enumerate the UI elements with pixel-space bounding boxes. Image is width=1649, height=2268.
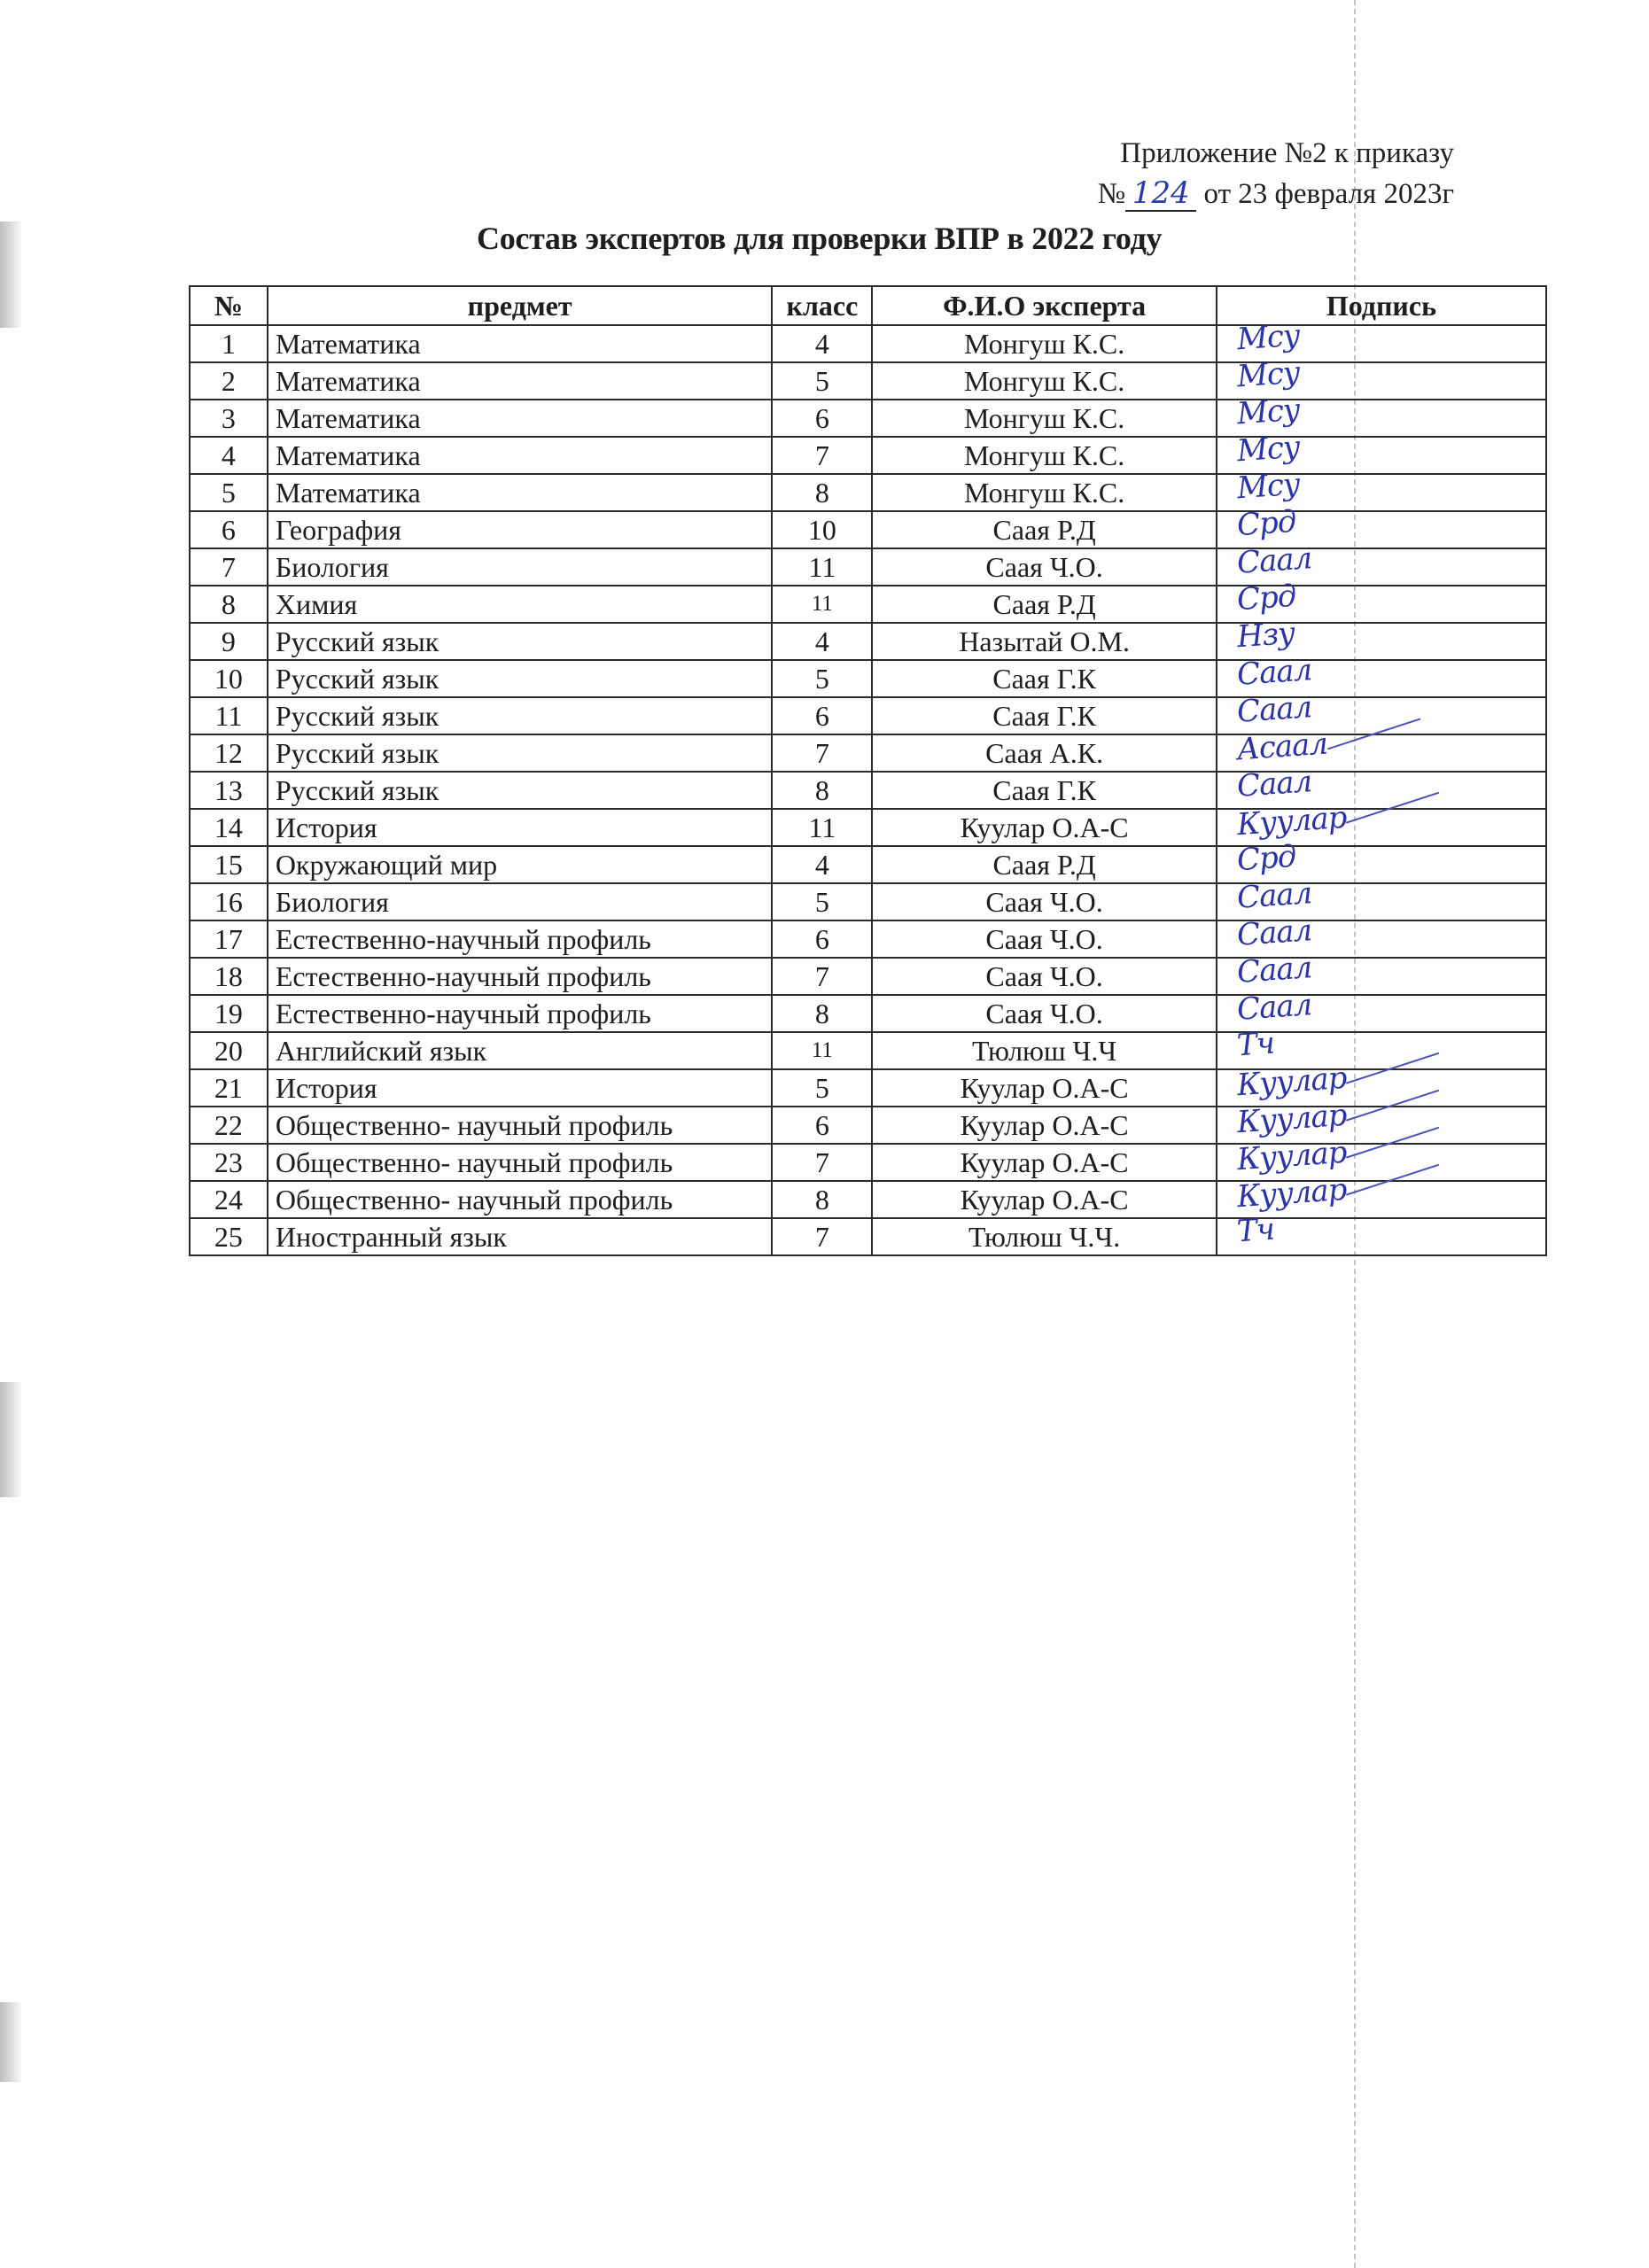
subject-cell: Иностранный язык (268, 1218, 773, 1255)
scan-artifact (0, 221, 23, 328)
expert-name-cell: Монгуш К.С. (872, 362, 1216, 400)
handwritten-signature: Мсу (1236, 356, 1301, 394)
expert-name-cell: Саая Ч.О. (872, 958, 1216, 995)
table-row: 8Химия11Саая Р.ДСрд (190, 586, 1546, 623)
expert-name-cell: Саая Р.Д (872, 586, 1216, 623)
handwritten-signature: Асаал (1236, 726, 1328, 766)
row-number: 11 (190, 697, 268, 734)
document-title: Состав экспертов для проверки ВПР в 2022… (477, 220, 1162, 257)
handwritten-signature: Куулар (1236, 1061, 1348, 1103)
subject-cell: Русский язык (268, 623, 773, 660)
order-prefix: № (1098, 178, 1126, 210)
row-number: 6 (190, 511, 268, 548)
handwritten-signature: Мсу (1236, 468, 1301, 506)
row-number: 8 (190, 586, 268, 623)
signature-cell: Саал (1217, 697, 1546, 734)
expert-name-cell: Саая Г.К (872, 660, 1216, 697)
expert-name-cell: Саая Ч.О. (872, 995, 1216, 1032)
table-row: 6География10Саая Р.ДСрд (190, 511, 1546, 548)
expert-name-cell: Тюлюш Ч.Ч. (872, 1218, 1216, 1255)
handwritten-signature: Тч (1236, 1213, 1275, 1249)
grade-cell: 5 (772, 362, 872, 400)
signature-cell: Саал (1217, 772, 1546, 809)
subject-cell: Математика (268, 400, 773, 437)
row-number: 2 (190, 362, 268, 400)
grade-cell: 6 (772, 697, 872, 734)
handwritten-signature: Тч (1236, 1027, 1275, 1063)
order-line: №124 от 23 февраля 2023г (1098, 174, 1454, 214)
grade-cell: 11 (772, 809, 872, 846)
row-number: 7 (190, 548, 268, 586)
grade-cell: 7 (772, 734, 872, 772)
grade-cell: 4 (772, 623, 872, 660)
row-number: 12 (190, 734, 268, 772)
grade-cell: 7 (772, 1218, 872, 1255)
handwritten-signature: Мсу (1236, 319, 1301, 357)
row-number: 25 (190, 1218, 268, 1255)
table-row: 7Биология11Саая Ч.О.Саал (190, 548, 1546, 586)
expert-name-cell: Монгуш К.С. (872, 474, 1216, 511)
handwritten-signature: Саал (1236, 876, 1313, 915)
order-date: от 23 февраля 2023г (1204, 178, 1454, 210)
expert-name-cell: Саая Г.К (872, 772, 1216, 809)
signature-cell: Тч (1217, 1218, 1546, 1255)
subject-cell: Химия (268, 586, 773, 623)
column-header-expert: Ф.И.О эксперта (872, 286, 1216, 325)
expert-name-cell: Саая А.К. (872, 734, 1216, 772)
row-number: 16 (190, 883, 268, 920)
grade-cell: 8 (772, 772, 872, 809)
subject-cell: Английский язык (268, 1032, 773, 1069)
grade-cell: 11 (772, 548, 872, 586)
handwritten-signature: Срд (1236, 579, 1297, 617)
expert-name-cell: Саая Ч.О. (872, 548, 1216, 586)
signature-cell: Куулар (1217, 1069, 1546, 1107)
row-number: 9 (190, 623, 268, 660)
expert-name-cell: Тюлюш Ч.Ч (872, 1032, 1216, 1069)
grade-cell: 7 (772, 958, 872, 995)
row-number: 20 (190, 1032, 268, 1069)
grade-cell: 8 (772, 995, 872, 1032)
column-header-grade: класс (772, 286, 872, 325)
expert-name-cell: Саая Ч.О. (872, 920, 1216, 958)
grade-cell: 6 (772, 920, 872, 958)
appendix-note: Приложение №2 к приказу №124 от 23 февра… (1098, 133, 1454, 214)
expert-name-cell: Саая Ч.О. (872, 883, 1216, 920)
subject-cell: История (268, 809, 773, 846)
scan-artifact (0, 1382, 23, 1497)
expert-name-cell: Саая Р.Д (872, 846, 1216, 883)
subject-cell: Математика (268, 474, 773, 511)
subject-cell: Русский язык (268, 772, 773, 809)
row-number: 1 (190, 325, 268, 362)
table-row: 2Математика5Монгуш К.С.Мсу (190, 362, 1546, 400)
row-number: 10 (190, 660, 268, 697)
subject-cell: История (268, 1069, 773, 1107)
scan-artifact (0, 2002, 23, 2082)
row-number: 23 (190, 1144, 268, 1181)
handwritten-signature: Саал (1236, 913, 1313, 952)
handwritten-signature: Куулар (1236, 1099, 1348, 1140)
table-row: 15Окружающий мир4Саая Р.ДСрд (190, 846, 1546, 883)
row-number: 5 (190, 474, 268, 511)
expert-name-cell: Назытай О.М. (872, 623, 1216, 660)
table-row: 14История11Куулар О.А-СКуулар (190, 809, 1546, 846)
handwritten-signature: Мсу (1236, 393, 1301, 431)
handwritten-signature: Саал (1236, 690, 1313, 729)
grade-cell: 11 (772, 586, 872, 623)
table-row: 4Математика7Монгуш К.С.Мсу (190, 437, 1546, 474)
appendix-line: Приложение №2 к приказу (1098, 133, 1454, 174)
row-number: 18 (190, 958, 268, 995)
expert-name-cell: Куулар О.А-С (872, 809, 1216, 846)
handwritten-signature: Мсу (1236, 431, 1301, 469)
table-row: 1Математика4Монгуш К.С.Мсу (190, 325, 1546, 362)
table-row: 12Русский язык7Саая А.К.Асаал (190, 734, 1546, 772)
expert-name-cell: Монгуш К.С. (872, 437, 1216, 474)
subject-cell: Математика (268, 362, 773, 400)
signature-cell: Куулар (1217, 1107, 1546, 1144)
expert-name-cell: Куулар О.А-С (872, 1069, 1216, 1107)
table-row: 9Русский язык4Назытай О.М.Нзу (190, 623, 1546, 660)
subject-cell: Естественно-научный профиль (268, 995, 773, 1032)
subject-cell: Биология (268, 883, 773, 920)
table-row: 5Математика8Монгуш К.С.Мсу (190, 474, 1546, 511)
expert-name-cell: Куулар О.А-С (872, 1107, 1216, 1144)
table-row: 10Русский язык5Саая Г.КСаал (190, 660, 1546, 697)
handwritten-signature: Саал (1236, 541, 1313, 580)
subject-cell: Общественно- научный профиль (268, 1107, 773, 1144)
subject-cell: Естественно-научный профиль (268, 958, 773, 995)
column-header-subject: предмет (268, 286, 773, 325)
grade-cell: 7 (772, 1144, 872, 1181)
subject-cell: Русский язык (268, 697, 773, 734)
row-number: 14 (190, 809, 268, 846)
column-header-number: № (190, 286, 268, 325)
grade-cell: 6 (772, 1107, 872, 1144)
row-number: 4 (190, 437, 268, 474)
row-number: 19 (190, 995, 268, 1032)
table-row: 18Естественно-научный профиль7Саая Ч.О.С… (190, 958, 1546, 995)
table-row: 25Иностранный язык7Тюлюш Ч.Ч.Тч (190, 1218, 1546, 1255)
row-number: 17 (190, 920, 268, 958)
expert-name-cell: Саая Г.К (872, 697, 1216, 734)
subject-cell: Общественно- научный профиль (268, 1144, 773, 1181)
table-body: 1Математика4Монгуш К.С.Мсу2Математика5Мо… (190, 325, 1546, 1255)
table-header-row: № предмет класс Ф.И.О эксперта Подпись (190, 286, 1546, 325)
handwritten-signature: Срд (1236, 840, 1297, 878)
table-row: 3Математика6Монгуш К.С.Мсу (190, 400, 1546, 437)
order-number-handwritten: 124 (1125, 176, 1196, 212)
handwritten-signature: Куулар (1236, 801, 1348, 843)
table-row: 19Естественно-научный профиль8Саая Ч.О.С… (190, 995, 1546, 1032)
subject-cell: Биология (268, 548, 773, 586)
grade-cell: 4 (772, 325, 872, 362)
handwritten-signature: Саал (1236, 951, 1313, 990)
expert-name-cell: Куулар О.А-С (872, 1144, 1216, 1181)
table-row: 17Естественно-научный профиль6Саая Ч.О.С… (190, 920, 1546, 958)
table-row: 24Общественно- научный профиль8Куулар О.… (190, 1181, 1546, 1218)
signature-cell: Тч (1217, 1032, 1546, 1069)
grade-cell: 5 (772, 660, 872, 697)
table-row: 16Биология5Саая Ч.О.Саал (190, 883, 1546, 920)
handwritten-signature: Саал (1236, 653, 1313, 692)
row-number: 15 (190, 846, 268, 883)
row-number: 21 (190, 1069, 268, 1107)
handwritten-signature: Саал (1236, 765, 1313, 804)
expert-name-cell: Саая Р.Д (872, 511, 1216, 548)
subject-cell: Математика (268, 437, 773, 474)
subject-cell: География (268, 511, 773, 548)
subject-cell: Русский язык (268, 660, 773, 697)
subject-cell: Математика (268, 325, 773, 362)
handwritten-signature: Куулар (1236, 1136, 1348, 1177)
row-number: 3 (190, 400, 268, 437)
subject-cell: Общественно- научный профиль (268, 1181, 773, 1218)
signature-cell: Куулар (1217, 1144, 1546, 1181)
grade-cell: 5 (772, 1069, 872, 1107)
handwritten-signature: Куулар (1236, 1173, 1348, 1215)
grade-cell: 11 (772, 1032, 872, 1069)
grade-cell: 7 (772, 437, 872, 474)
handwritten-signature: Срд (1236, 505, 1297, 543)
expert-name-cell: Куулар О.А-С (872, 1181, 1216, 1218)
row-number: 24 (190, 1181, 268, 1218)
handwritten-signature: Саал (1236, 988, 1313, 1027)
subject-cell: Окружающий мир (268, 846, 773, 883)
grade-cell: 10 (772, 511, 872, 548)
grade-cell: 6 (772, 400, 872, 437)
row-number: 22 (190, 1107, 268, 1144)
subject-cell: Естественно-научный профиль (268, 920, 773, 958)
grade-cell: 8 (772, 474, 872, 511)
grade-cell: 8 (772, 1181, 872, 1218)
subject-cell: Русский язык (268, 734, 773, 772)
handwritten-signature: Нзу (1236, 617, 1295, 654)
row-number: 13 (190, 772, 268, 809)
expert-name-cell: Монгуш К.С. (872, 325, 1216, 362)
grade-cell: 5 (772, 883, 872, 920)
expert-name-cell: Монгуш К.С. (872, 400, 1216, 437)
experts-table: № предмет класс Ф.И.О эксперта Подпись 1… (189, 285, 1547, 1256)
grade-cell: 4 (772, 846, 872, 883)
table-row: 11Русский язык6Саая Г.КСаал (190, 697, 1546, 734)
